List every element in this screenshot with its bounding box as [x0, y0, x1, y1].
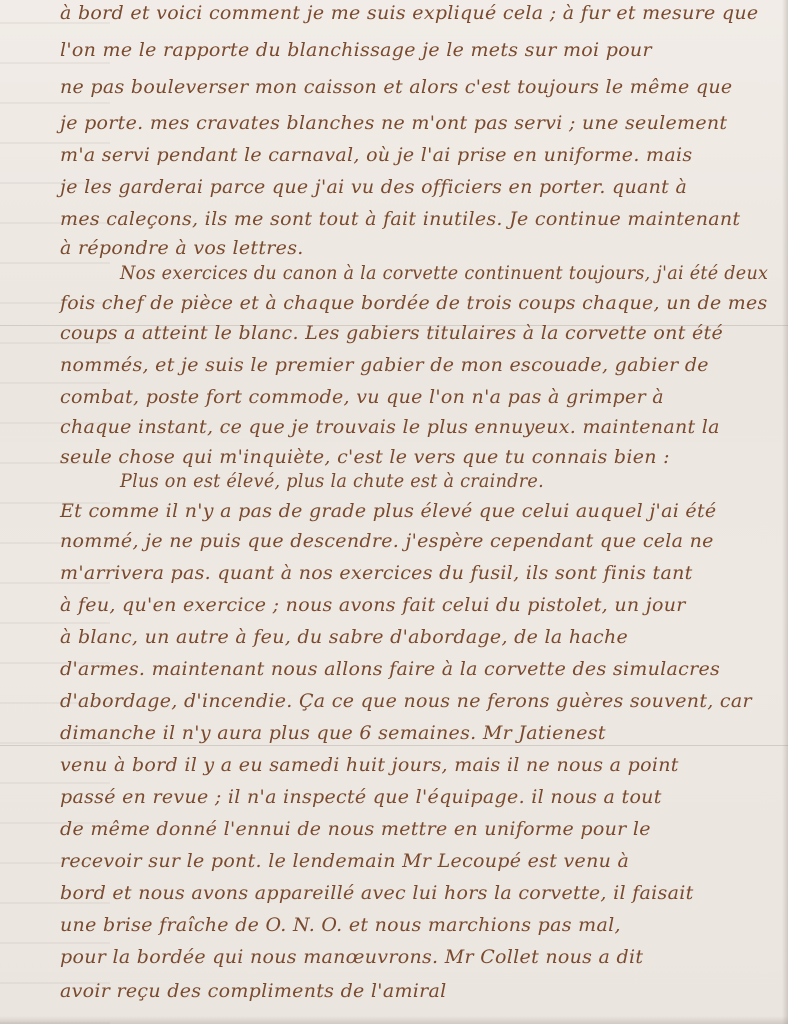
handwritten-line: pour la bordée qui nous manœuvrons. Mr C…	[60, 946, 760, 968]
handwritten-line: je les garderai parce que j'ai vu des of…	[60, 176, 760, 198]
handwritten-line: recevoir sur le pont. le lendemain Mr Le…	[60, 850, 760, 872]
handwritten-line: je porte. mes cravates blanches ne m'ont…	[60, 112, 760, 134]
handwritten-line: nommé, je ne puis que descendre. j'espèr…	[60, 530, 760, 552]
handwritten-line: venu à bord il y a eu samedi huit jours,…	[60, 754, 760, 776]
handwritten-line: d'armes. maintenant nous allons faire à …	[60, 658, 760, 680]
paragraph-start-line: Nos exercices du canon à la corvette con…	[120, 262, 767, 284]
handwritten-line: seule chose qui m'inquiète, c'est le ver…	[60, 446, 760, 468]
quoted-verse-line: Plus on est élevé, plus la chute est à c…	[120, 470, 768, 492]
handwritten-line: m'a servi pendant le carnaval, où je l'a…	[60, 144, 760, 166]
paper-fold	[0, 745, 788, 746]
handwritten-line: chaque instant, ce que je trouvais le pl…	[60, 416, 760, 438]
paper-edge	[782, 0, 788, 1024]
handwritten-line: l'on me le rapporte du blanchissage je l…	[60, 39, 760, 61]
handwritten-line: à répondre à vos lettres.	[60, 237, 760, 259]
handwritten-line: combat, poste fort commode, vu que l'on …	[60, 386, 760, 408]
handwritten-line: dimanche il n'y aura plus que 6 semaines…	[60, 722, 760, 744]
handwritten-line: à feu, qu'en exercice ; nous avons fait …	[60, 594, 760, 616]
letter-page: à bord et voici comment je me suis expli…	[0, 0, 788, 1024]
handwritten-line: ne pas bouleverser mon caisson et alors …	[60, 76, 760, 98]
handwritten-line: avoir reçu des compliments de l'amiral	[60, 980, 760, 1002]
handwritten-line: à blanc, un autre à feu, du sabre d'abor…	[60, 626, 760, 648]
handwritten-line: à bord et voici comment je me suis expli…	[60, 2, 760, 24]
handwritten-line: passé en revue ; il n'a inspecté que l'é…	[60, 786, 760, 808]
handwritten-line: bord et nous avons appareillé avec lui h…	[60, 882, 760, 904]
handwritten-line: Et comme il n'y a pas de grade plus élev…	[60, 500, 760, 522]
handwritten-line: mes caleçons, ils me sont tout à fait in…	[60, 208, 760, 230]
handwritten-line: une brise fraîche de O. N. O. et nous ma…	[60, 914, 760, 936]
handwritten-line: de même donné l'ennui de nous mettre en …	[60, 818, 760, 840]
handwritten-line: coups a atteint le blanc. Les gabiers ti…	[60, 322, 760, 344]
handwritten-line: d'abordage, d'incendie. Ça ce que nous n…	[60, 690, 760, 712]
paper-edge	[0, 1016, 788, 1024]
handwritten-line: fois chef de pièce et à chaque bordée de…	[60, 292, 758, 314]
handwritten-line: nommés, et je suis le premier gabier de …	[60, 354, 760, 376]
handwritten-line: m'arrivera pas. quant à nos exercices du…	[60, 562, 760, 584]
